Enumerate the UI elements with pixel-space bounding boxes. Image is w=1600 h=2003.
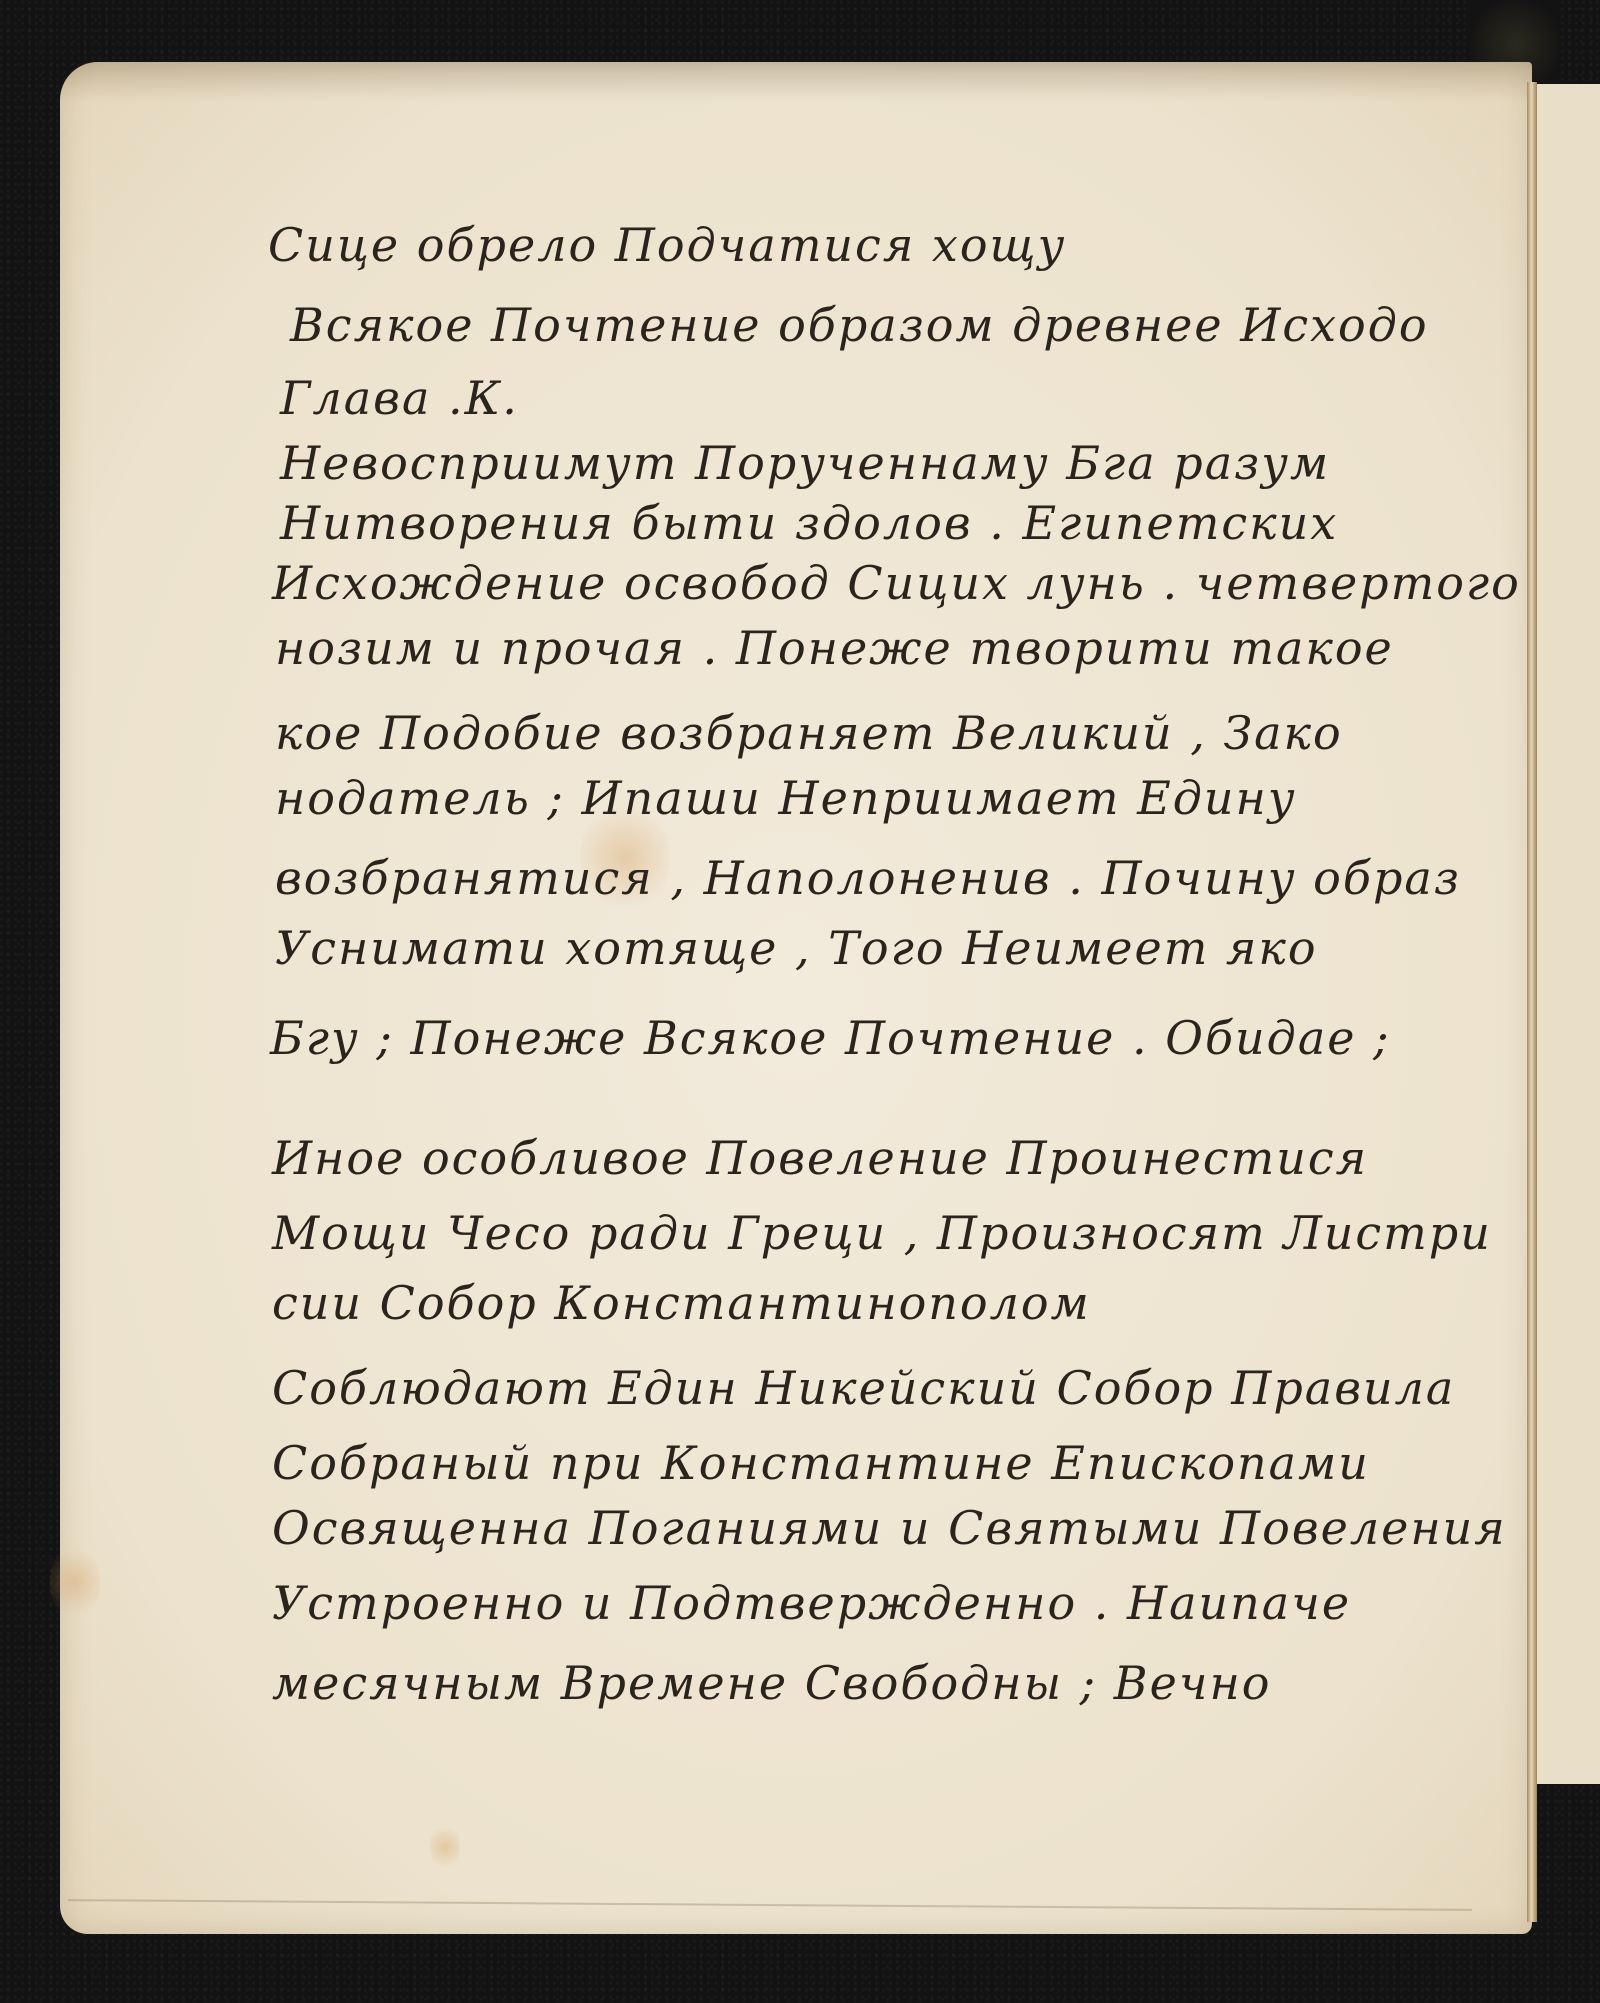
text-line: Бгу ; Понеже Всякое Почтение . Обидае ; xyxy=(270,1015,1391,1061)
text-line: Устроенно и Подтвержденно . Наипаче xyxy=(272,1580,1351,1626)
text-line: нодатель ; Ипаши Неприимает Едину xyxy=(275,775,1297,821)
manuscript-scan: Сице обрело Подчатися хощу Всякое Почтен… xyxy=(0,0,1600,2003)
text-line: Мощи Чесо ради Греци , Произносят Листри xyxy=(272,1210,1492,1256)
text-line: Собраный при Константине Епископами xyxy=(272,1440,1370,1486)
text-line: Иное особливое Повеление Проинестися xyxy=(272,1135,1368,1181)
text-line: Уснимати хотяще , Того Неимеет яко xyxy=(275,925,1318,971)
text-line: возбранятися , Наполоненив . Почину обра… xyxy=(275,855,1461,901)
text-line: Соблюдают Един Никейский Собор Правила xyxy=(272,1365,1455,1411)
text-line: Освященна Поганиями и Святыми Повеления xyxy=(272,1505,1507,1551)
text-line: Невосприимут Порученнаму Бга разум xyxy=(280,440,1330,486)
text-line: сии Собор Константинополом xyxy=(272,1280,1091,1326)
chapter-heading: Глава .К. xyxy=(280,375,519,421)
text-line: кое Подобие возбраняет Великий , Зако xyxy=(275,710,1343,756)
handwritten-text: Сице обрело Подчатися хощу Всякое Почтен… xyxy=(0,0,1600,2003)
text-line: Сице обрело Подчатися хощу xyxy=(268,222,1066,268)
text-line: месячным Времене Свободны ; Вечно xyxy=(272,1660,1271,1706)
text-line: нозим и прочая . Понеже творити такое xyxy=(275,625,1394,671)
text-line: Всякое Почтение образом древнее Исходо xyxy=(290,302,1429,348)
text-line: Нитворения быти здолов . Египетских xyxy=(280,500,1338,546)
text-line: Исхождение освобод Сицих лунь . четверто… xyxy=(272,560,1521,606)
